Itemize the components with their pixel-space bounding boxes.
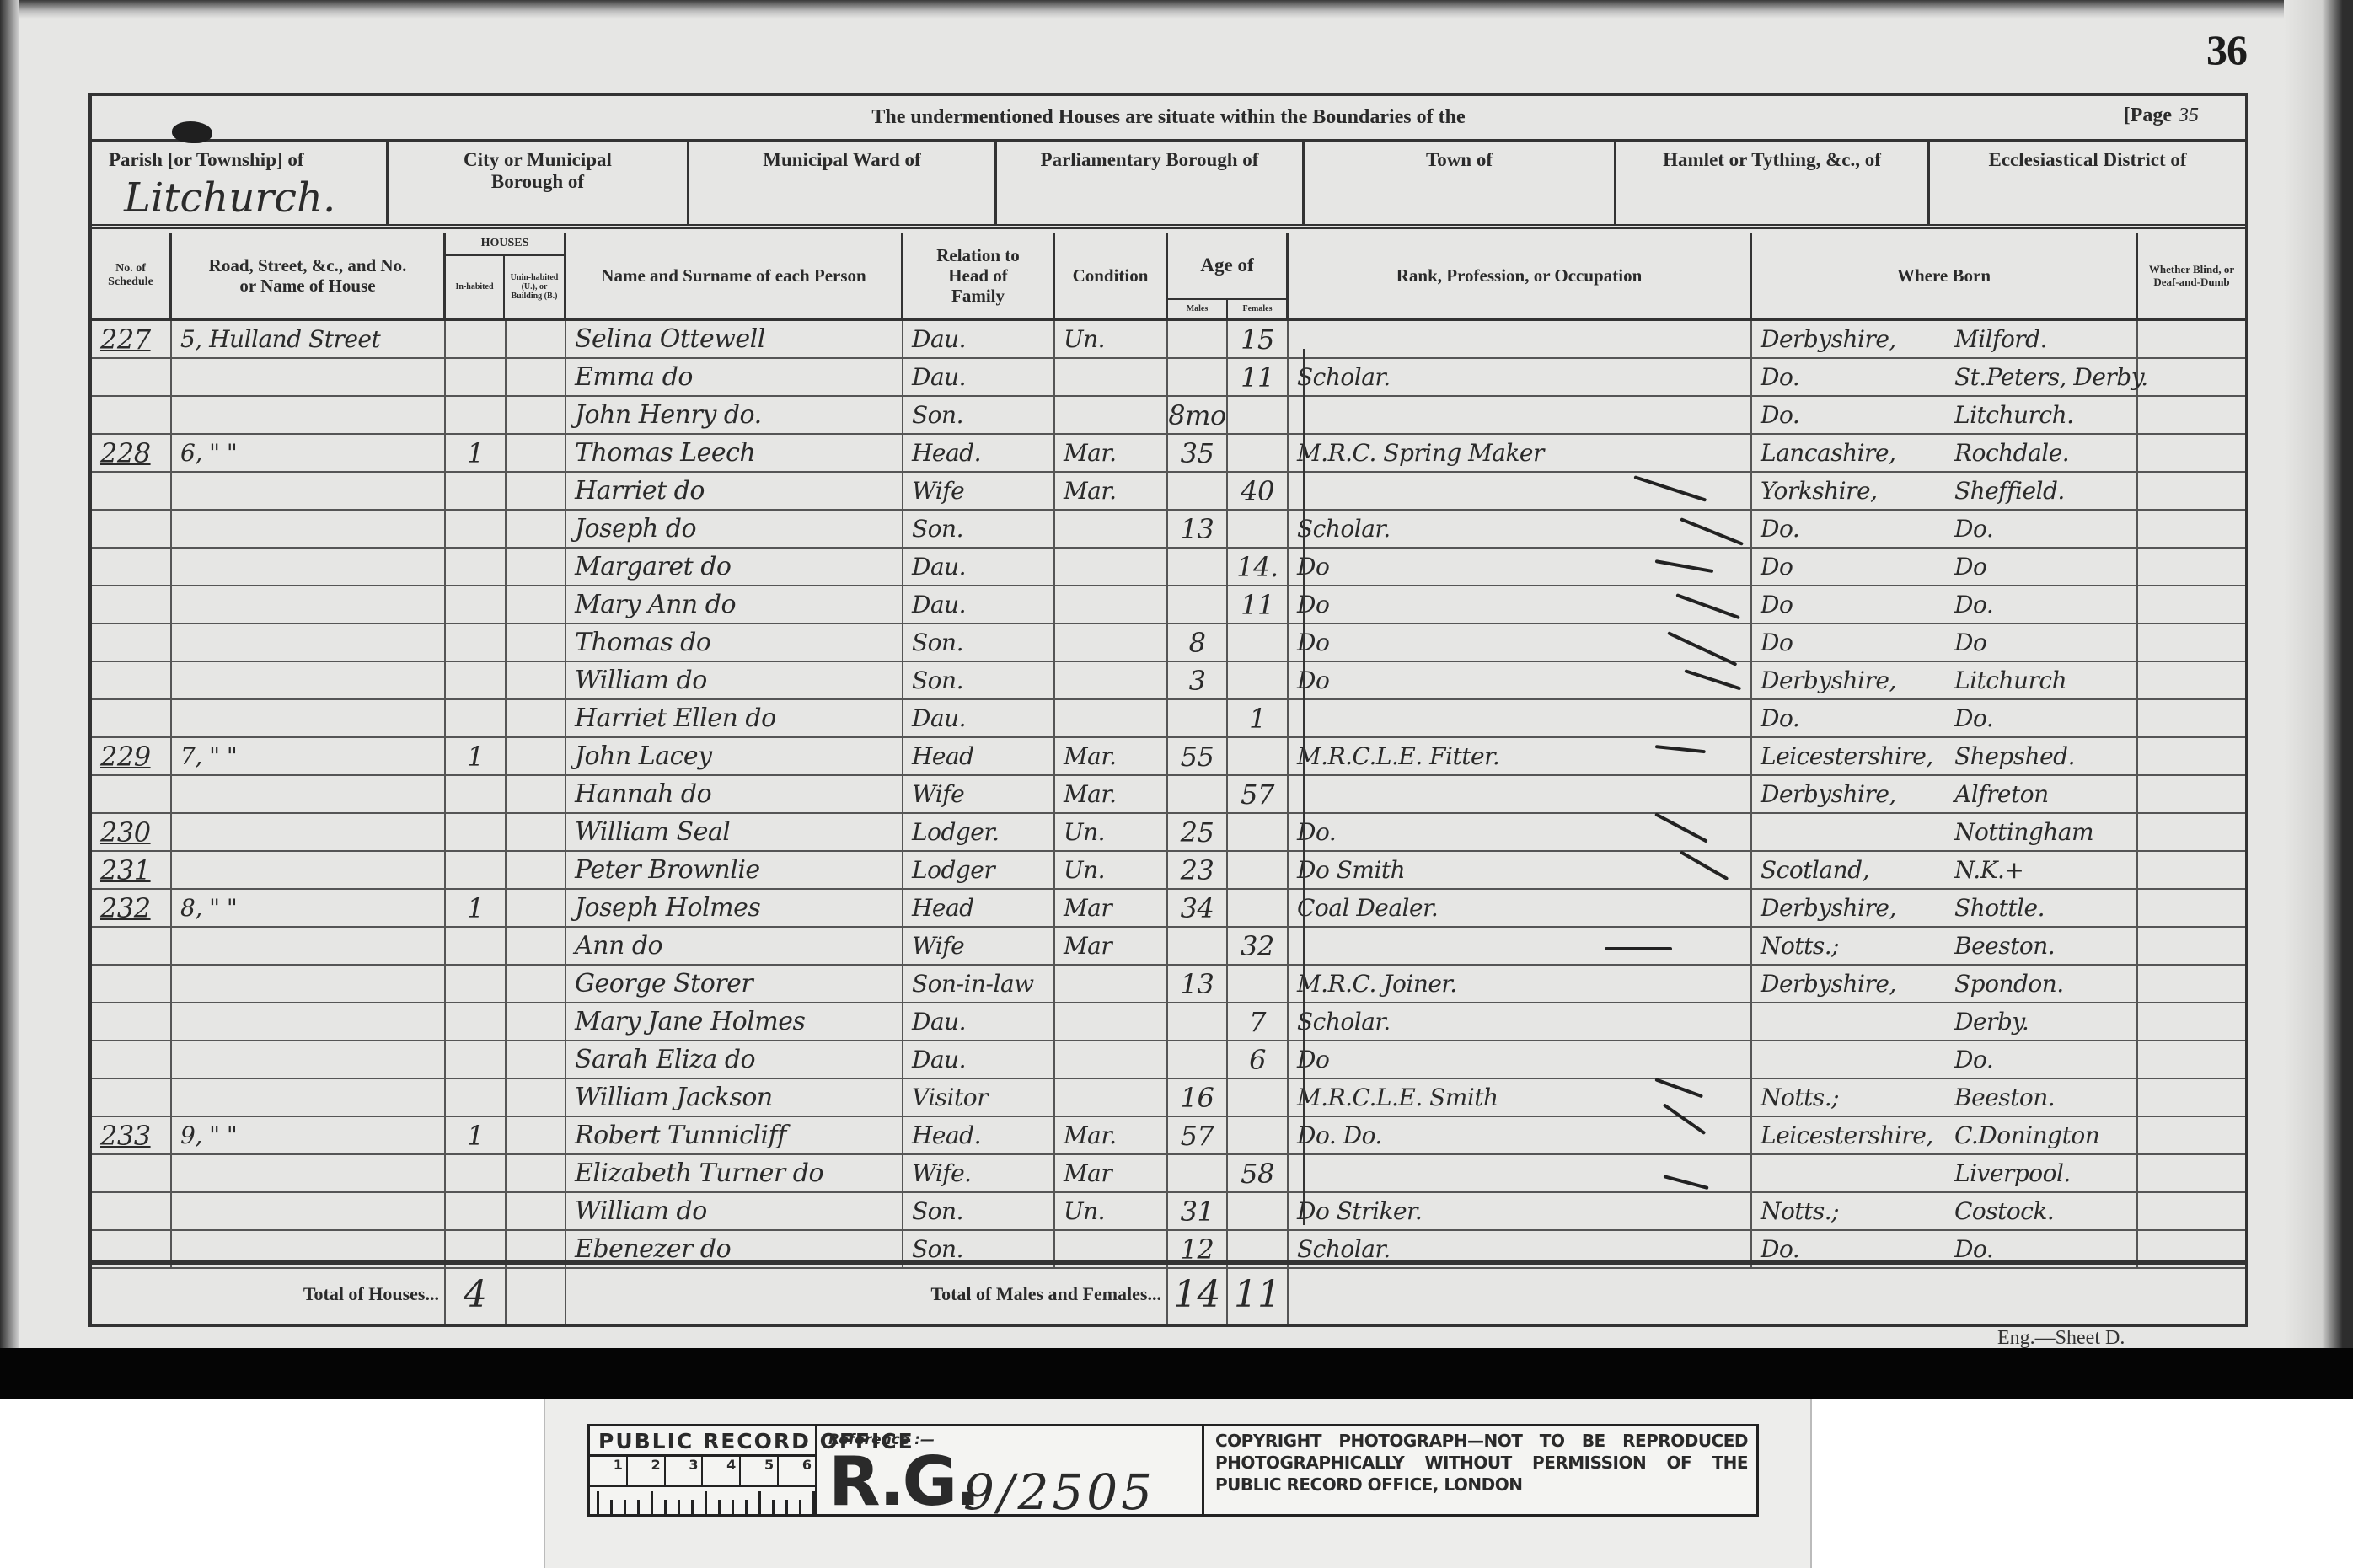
- table-row: Mary Jane HolmesDau.7Scholar.Derby.: [92, 1003, 2245, 1041]
- cell-uninhabited: [507, 1079, 566, 1116]
- cell-occupation: [1289, 397, 1752, 433]
- cell-schedule: [92, 776, 172, 812]
- cell-occupation: Do: [1289, 1041, 1752, 1078]
- ruler-tick: [678, 1500, 680, 1517]
- scan-top-shadow: [0, 0, 2353, 19]
- cell-uninhabited: [507, 966, 566, 1002]
- cell-occupation: M.R.C.L.E. Fitter.: [1289, 738, 1752, 774]
- cell-male-age: [1168, 776, 1228, 812]
- cell-occupation: [1289, 321, 1752, 357]
- cell-female-age: 14.: [1228, 549, 1289, 585]
- ruler-number: 2: [628, 1457, 666, 1485]
- cell-infirmity: [2138, 359, 2245, 395]
- cell-inhabited: [446, 966, 507, 1002]
- cell-condition: Un.: [1055, 814, 1168, 850]
- cell-relation: Head: [903, 890, 1055, 926]
- cell-inhabited: [446, 1079, 507, 1116]
- cell-female-age: 58: [1228, 1155, 1289, 1191]
- cell-address: 8, " ": [172, 890, 446, 926]
- cell-schedule: [92, 1079, 172, 1116]
- cell-name: Harriet do: [566, 473, 903, 509]
- table-row: William doSon.3DoDerbyshire,Litchurch: [92, 662, 2245, 700]
- ruler-number: 4: [703, 1457, 741, 1485]
- cell-born-county: Scotland,: [1752, 852, 1946, 888]
- ruler-tick: [718, 1500, 721, 1517]
- cell-name: Robert Tunnicliff: [566, 1117, 903, 1153]
- cell-condition: Un.: [1055, 1193, 1168, 1229]
- cell-condition: Un.: [1055, 852, 1168, 888]
- cell-schedule: [92, 966, 172, 1002]
- cell-condition: [1055, 700, 1168, 736]
- cell-born-place: Beeston.: [1946, 1079, 2138, 1116]
- cell-condition: [1055, 624, 1168, 661]
- cell-female-age: 11: [1228, 359, 1289, 395]
- district-town-label: Town of: [1426, 149, 1493, 170]
- cell-female-age: [1228, 738, 1289, 774]
- cell-female-age: [1228, 1117, 1289, 1153]
- cell-infirmity: [2138, 852, 2245, 888]
- cell-occupation: [1289, 700, 1752, 736]
- cell-born-county: Do: [1752, 624, 1946, 661]
- cell-female-age: 57: [1228, 776, 1289, 812]
- ruler-tick: [812, 1491, 815, 1517]
- col-name: Name and Surname of each Person: [566, 233, 903, 318]
- cell-female-age: [1228, 662, 1289, 698]
- table-row: 231Peter BrownlieLodgerUn.23Do SmithScot…: [92, 852, 2245, 890]
- cell-occupation: M.R.C. Spring Maker: [1289, 435, 1752, 471]
- cell-schedule: 229: [92, 738, 172, 774]
- district-parish-value: Litchurch.: [109, 174, 386, 222]
- cell-female-age: 15: [1228, 321, 1289, 357]
- cell-relation: Dau.: [903, 700, 1055, 736]
- ruler-tick: [664, 1500, 667, 1517]
- cell-address: [172, 852, 446, 888]
- cell-male-age: [1168, 1041, 1228, 1078]
- cell-condition: [1055, 511, 1168, 547]
- cell-inhabited: 1: [446, 435, 507, 471]
- cell-infirmity: [2138, 1079, 2245, 1116]
- cell-male-age: 55: [1168, 738, 1228, 774]
- cell-male-age: [1168, 549, 1228, 585]
- cell-address: [172, 397, 446, 433]
- cell-inhabited: [446, 359, 507, 395]
- cell-born-county: Do: [1752, 586, 1946, 623]
- cell-occupation: [1289, 928, 1752, 964]
- ruler-tick: [651, 1491, 653, 1517]
- ruler-tick: [691, 1500, 694, 1517]
- ruler-numbers: 1 2 3 4 5 6: [590, 1457, 815, 1487]
- cell-occupation: Do: [1289, 586, 1752, 623]
- cell-infirmity: [2138, 1041, 2245, 1078]
- col-where-born: Where Born: [1752, 233, 2138, 318]
- table-row: Margaret doDau.14.DoDoDo: [92, 549, 2245, 586]
- census-page-scan: 36 The undermentioned Houses are situate…: [0, 0, 2353, 1399]
- cell-male-age: [1168, 1003, 1228, 1040]
- cell-infirmity: [2138, 700, 2245, 736]
- cell-occupation: Do Smith: [1289, 852, 1752, 888]
- cell-male-age: 8mo: [1168, 397, 1228, 433]
- cell-infirmity: [2138, 549, 2245, 585]
- cell-inhabited: [446, 700, 507, 736]
- cell-infirmity: [2138, 928, 2245, 964]
- cell-infirmity: [2138, 1155, 2245, 1191]
- cell-male-age: 23: [1168, 852, 1228, 888]
- cell-condition: [1055, 549, 1168, 585]
- cell-address: 9, " ": [172, 1117, 446, 1153]
- district-parish: Parish [or Township] of Litchurch.: [92, 142, 389, 224]
- cell-condition: [1055, 1079, 1168, 1116]
- cell-occupation: Scholar.: [1289, 511, 1752, 547]
- cell-name: John Henry do.: [566, 397, 903, 433]
- cell-female-age: [1228, 624, 1289, 661]
- cell-male-age: [1168, 700, 1228, 736]
- cell-occupation: Do.: [1289, 814, 1752, 850]
- ruler: PUBLIC RECORD OFFICE 1 2 3 4 5 6: [590, 1426, 817, 1514]
- cell-address: [172, 586, 446, 623]
- cell-relation: Head.: [903, 435, 1055, 471]
- cell-infirmity: [2138, 397, 2245, 433]
- cell-condition: Mar.: [1055, 1117, 1168, 1153]
- district-town: Town of: [1305, 142, 1616, 224]
- cell-inhabited: 1: [446, 1117, 507, 1153]
- cell-occupation: M.R.C.L.E. Smith: [1289, 1079, 1752, 1116]
- cell-address: [172, 966, 446, 1002]
- cell-schedule: [92, 662, 172, 698]
- cell-born-county: Notts.;: [1752, 928, 1946, 964]
- cell-schedule: [92, 511, 172, 547]
- cell-male-age: 13: [1168, 966, 1228, 1002]
- cell-born-place: Milford.: [1946, 321, 2138, 357]
- reference-box: Reference :— R.G. 9/2505: [820, 1426, 1204, 1514]
- cell-infirmity: [2138, 624, 2245, 661]
- cell-born-place: N.K.+: [1946, 852, 2138, 888]
- cell-schedule: [92, 1155, 172, 1191]
- cell-born-place: Do.: [1946, 511, 2138, 547]
- cell-relation: Son.: [903, 397, 1055, 433]
- cell-born-place: Litchurch.: [1946, 397, 2138, 433]
- cell-relation: Head.: [903, 1117, 1055, 1153]
- cell-born-place: Costock.: [1946, 1193, 2138, 1229]
- cell-born-place: Derby.: [1946, 1003, 2138, 1040]
- district-ward-label: Municipal Ward of: [763, 149, 920, 170]
- cell-condition: Mar.: [1055, 435, 1168, 471]
- census-form: The undermentioned Houses are situate wi…: [88, 93, 2248, 1327]
- cell-schedule: [92, 1003, 172, 1040]
- cell-inhabited: [446, 662, 507, 698]
- cell-inhabited: [446, 852, 507, 888]
- cell-uninhabited: [507, 549, 566, 585]
- cell-schedule: [92, 700, 172, 736]
- cell-name: Hannah do: [566, 776, 903, 812]
- form-title-row: The undermentioned Houses are situate wi…: [92, 96, 2245, 142]
- cell-female-age: [1228, 814, 1289, 850]
- col-address-label: Road, Street, &c., and No. or Name of Ho…: [202, 255, 413, 296]
- cell-condition: Un.: [1055, 321, 1168, 357]
- cell-relation: Son.: [903, 662, 1055, 698]
- cell-uninhabited: [507, 700, 566, 736]
- cell-infirmity: [2138, 1003, 2245, 1040]
- cell-relation: Dau.: [903, 1003, 1055, 1040]
- cell-uninhabited: [507, 473, 566, 509]
- total-males-value: 14: [1168, 1265, 1228, 1324]
- ruler-ticks: [590, 1487, 815, 1517]
- total-persons-label: Total of Males and Females...: [566, 1265, 1168, 1324]
- cell-name: Thomas Leech: [566, 435, 903, 471]
- cell-condition: [1055, 966, 1168, 1002]
- ruler-tick: [637, 1500, 640, 1517]
- cell-address: [172, 928, 446, 964]
- cell-female-age: 7: [1228, 1003, 1289, 1040]
- cell-born-county: Derbyshire,: [1752, 890, 1946, 926]
- cell-born-county: Leicestershire,: [1752, 1117, 1946, 1153]
- cell-infirmity: [2138, 662, 2245, 698]
- cell-address: 6, " ": [172, 435, 446, 471]
- cell-male-age: [1168, 473, 1228, 509]
- cell-born-place: Spondon.: [1946, 966, 2138, 1002]
- cell-infirmity: [2138, 473, 2245, 509]
- cell-occupation: Do Striker.: [1289, 1193, 1752, 1229]
- cell-female-age: [1228, 1079, 1289, 1116]
- cell-male-age: 31: [1168, 1193, 1228, 1229]
- cell-uninhabited: [507, 928, 566, 964]
- cell-inhabited: 1: [446, 890, 507, 926]
- cell-infirmity: [2138, 814, 2245, 850]
- cell-schedule: 228: [92, 435, 172, 471]
- cell-name: William Jackson: [566, 1079, 903, 1116]
- cell-schedule: [92, 1193, 172, 1229]
- cell-uninhabited: [507, 511, 566, 547]
- cell-female-age: [1228, 511, 1289, 547]
- cell-uninhabited: [507, 1193, 566, 1229]
- cell-name: Elizabeth Turner do: [566, 1155, 903, 1191]
- cell-occupation: Scholar.: [1289, 1003, 1752, 1040]
- cell-female-age: [1228, 435, 1289, 471]
- cell-inhabited: 1: [446, 738, 507, 774]
- cell-inhabited: [446, 473, 507, 509]
- district-ecclesiastical: Ecclesiastical District of: [1930, 142, 2245, 224]
- cell-relation: Lodger.: [903, 814, 1055, 850]
- cell-infirmity: [2138, 776, 2245, 812]
- cell-born-county: [1752, 1041, 1946, 1078]
- table-row: Harriet doWifeMar.40Yorkshire,Sheffield.: [92, 473, 2245, 511]
- ruler-tick: [705, 1491, 707, 1517]
- cell-infirmity: [2138, 1117, 2245, 1153]
- cell-condition: Mar: [1055, 1155, 1168, 1191]
- cell-born-place: Nottingham: [1946, 814, 2138, 850]
- district-parish-label: Parish [or Township] of: [109, 149, 304, 170]
- cell-condition: Mar.: [1055, 738, 1168, 774]
- ruler-number: 6: [779, 1457, 815, 1485]
- cell-born-place: Do.: [1946, 700, 2138, 736]
- ruler-tick: [772, 1500, 775, 1517]
- column-header-row: No. of Schedule Road, Street, &c., and N…: [92, 233, 2245, 321]
- cell-uninhabited: [507, 624, 566, 661]
- cell-address: [172, 662, 446, 698]
- ruler-number: 1: [590, 1457, 628, 1485]
- cell-address: [172, 1193, 446, 1229]
- reference-number: 9/2505: [963, 1464, 1155, 1521]
- col-infirmity: Whether Blind, or Deaf-and-Dumb: [2138, 233, 2245, 318]
- check-mark-stroke: [1605, 947, 1672, 950]
- cell-address: [172, 549, 446, 585]
- cell-female-age: [1228, 966, 1289, 1002]
- cell-condition: Mar.: [1055, 776, 1168, 812]
- cell-infirmity: [2138, 511, 2245, 547]
- cell-address: [172, 511, 446, 547]
- cell-born-place: Alfreton: [1946, 776, 2138, 812]
- cell-born-place: Litchurch: [1946, 662, 2138, 698]
- cell-born-place: Do: [1946, 624, 2138, 661]
- cell-uninhabited: [507, 435, 566, 471]
- cell-relation: Dau.: [903, 549, 1055, 585]
- cell-address: [172, 359, 446, 395]
- ruler-tick: [785, 1500, 788, 1517]
- cell-relation: Wife: [903, 928, 1055, 964]
- cell-name: William Seal: [566, 814, 903, 850]
- table-row: Mary Ann doDau.11DoDoDo.: [92, 586, 2245, 624]
- cell-schedule: 230: [92, 814, 172, 850]
- ruler-number: 5: [741, 1457, 779, 1485]
- district-hamlet: Hamlet or Tything, &c., of: [1616, 142, 1930, 224]
- cell-address: [172, 1079, 446, 1116]
- col-houses-group: HOUSES In-habited Unin-habited (U.), or …: [446, 233, 566, 318]
- cell-name: George Storer: [566, 966, 903, 1002]
- col-inhabited: In-habited: [446, 256, 505, 318]
- cell-name: Thomas do: [566, 624, 903, 661]
- cell-born-county: Lancashire,: [1752, 435, 1946, 471]
- cell-address: [172, 1155, 446, 1191]
- cell-inhabited: [446, 814, 507, 850]
- cell-name: John Lacey: [566, 738, 903, 774]
- table-row: William JacksonVisitor16M.R.C.L.E. Smith…: [92, 1079, 2245, 1117]
- cell-relation: Wife: [903, 776, 1055, 812]
- cell-relation: Son.: [903, 624, 1055, 661]
- cell-born-place: Shepshed.: [1946, 738, 2138, 774]
- cell-address: 5, Hulland Street: [172, 321, 446, 357]
- cell-male-age: [1168, 321, 1228, 357]
- cell-inhabited: [446, 1193, 507, 1229]
- ruler-tick: [745, 1500, 748, 1517]
- col-females: Females: [1228, 300, 1287, 318]
- cell-uninhabited: [507, 852, 566, 888]
- cell-schedule: 233: [92, 1117, 172, 1153]
- cell-occupation: M.R.C. Joiner.: [1289, 966, 1752, 1002]
- ruler-tick: [732, 1500, 734, 1517]
- cell-born-county: [1752, 1155, 1946, 1191]
- cell-uninhabited: [507, 1003, 566, 1040]
- cell-uninhabited: [507, 776, 566, 812]
- cell-female-age: 40: [1228, 473, 1289, 509]
- ruler-tick: [799, 1500, 801, 1517]
- table-row: 2275, Hulland StreetSelina OttewellDau.U…: [92, 321, 2245, 359]
- ruler-tick: [758, 1491, 761, 1517]
- cell-occupation: Scholar.: [1289, 359, 1752, 395]
- cell-name: Emma do: [566, 359, 903, 395]
- cell-male-age: 25: [1168, 814, 1228, 850]
- cell-relation: Dau.: [903, 586, 1055, 623]
- col-uninhabited: Unin-habited (U.), or Building (B.): [505, 256, 564, 318]
- cell-born-county: Yorkshire,: [1752, 473, 1946, 509]
- totals-row: Total of Houses... 4 Total of Males and …: [92, 1260, 2245, 1324]
- district-city-label: City or Municipal Borough of: [445, 149, 630, 193]
- total-houses-value: 4: [446, 1265, 507, 1324]
- cell-born-place: Do.: [1946, 1041, 2138, 1078]
- cell-schedule: 232: [92, 890, 172, 926]
- cell-born-place: Beeston.: [1946, 928, 2138, 964]
- sheet-note: Eng.—Sheet D.: [1997, 1327, 2125, 1350]
- cell-name: Selina Ottewell: [566, 321, 903, 357]
- cell-born-place: Rochdale.: [1946, 435, 2138, 471]
- cell-condition: [1055, 397, 1168, 433]
- cell-inhabited: [446, 1003, 507, 1040]
- cell-male-age: 8: [1168, 624, 1228, 661]
- cell-occupation: Do. Do.: [1289, 1117, 1752, 1153]
- table-row: Harriet Ellen doDau.1Do.Do.: [92, 700, 2245, 738]
- cell-uninhabited: [507, 397, 566, 433]
- district-city: City or Municipal Borough of: [389, 142, 689, 224]
- cell-name: Margaret do: [566, 549, 903, 585]
- cell-schedule: [92, 549, 172, 585]
- cell-male-age: [1168, 928, 1228, 964]
- cell-condition: [1055, 662, 1168, 698]
- cell-name: Mary Ann do: [566, 586, 903, 623]
- cell-relation: Wife: [903, 473, 1055, 509]
- cell-female-age: [1228, 852, 1289, 888]
- cell-name: Sarah Eliza do: [566, 1041, 903, 1078]
- cell-name: Mary Jane Holmes: [566, 1003, 903, 1040]
- cell-born-place: Shottle.: [1946, 890, 2138, 926]
- cell-condition: [1055, 359, 1168, 395]
- cell-uninhabited: [507, 738, 566, 774]
- cell-uninhabited: [507, 890, 566, 926]
- cell-condition: Mar: [1055, 928, 1168, 964]
- cell-uninhabited: [507, 586, 566, 623]
- cell-inhabited: [446, 397, 507, 433]
- cell-infirmity: [2138, 966, 2245, 1002]
- folio-number: 36: [2206, 25, 2247, 74]
- table-row: John Henry do.Son.8moDo.Litchurch.: [92, 397, 2245, 435]
- cell-infirmity: [2138, 1193, 2245, 1229]
- table-row: Emma doDau.11Scholar.Do.St.Peters, Derby…: [92, 359, 2245, 397]
- cell-condition: [1055, 586, 1168, 623]
- ruler-tick: [597, 1491, 599, 1517]
- cell-uninhabited: [507, 814, 566, 850]
- cell-born-county: Notts.;: [1752, 1079, 1946, 1116]
- cell-inhabited: [446, 928, 507, 964]
- cell-male-age: [1168, 586, 1228, 623]
- cell-male-age: 3: [1168, 662, 1228, 698]
- cell-condition: [1055, 1003, 1168, 1040]
- cell-born-county: Do.: [1752, 397, 1946, 433]
- cell-relation: Dau.: [903, 321, 1055, 357]
- cell-female-age: [1228, 397, 1289, 433]
- cell-male-age: 34: [1168, 890, 1228, 926]
- district-header-row: Parish [or Township] of Litchurch. City …: [92, 142, 2245, 229]
- margin-stroke: [1303, 349, 1305, 1225]
- cell-born-county: Derbyshire,: [1752, 966, 1946, 1002]
- cell-infirmity: [2138, 890, 2245, 926]
- cell-occupation: [1289, 1155, 1752, 1191]
- cell-address: [172, 814, 446, 850]
- scan-dark-band: [0, 1348, 2353, 1399]
- scan-right-edge: [2284, 0, 2353, 1399]
- census-rows: 2275, Hulland StreetSelina OttewellDau.U…: [92, 321, 2245, 1269]
- cell-schedule: [92, 397, 172, 433]
- cell-born-place: Liverpool.: [1946, 1155, 2138, 1191]
- cell-name: William do: [566, 662, 903, 698]
- cell-uninhabited: [507, 359, 566, 395]
- cell-schedule: [92, 1041, 172, 1078]
